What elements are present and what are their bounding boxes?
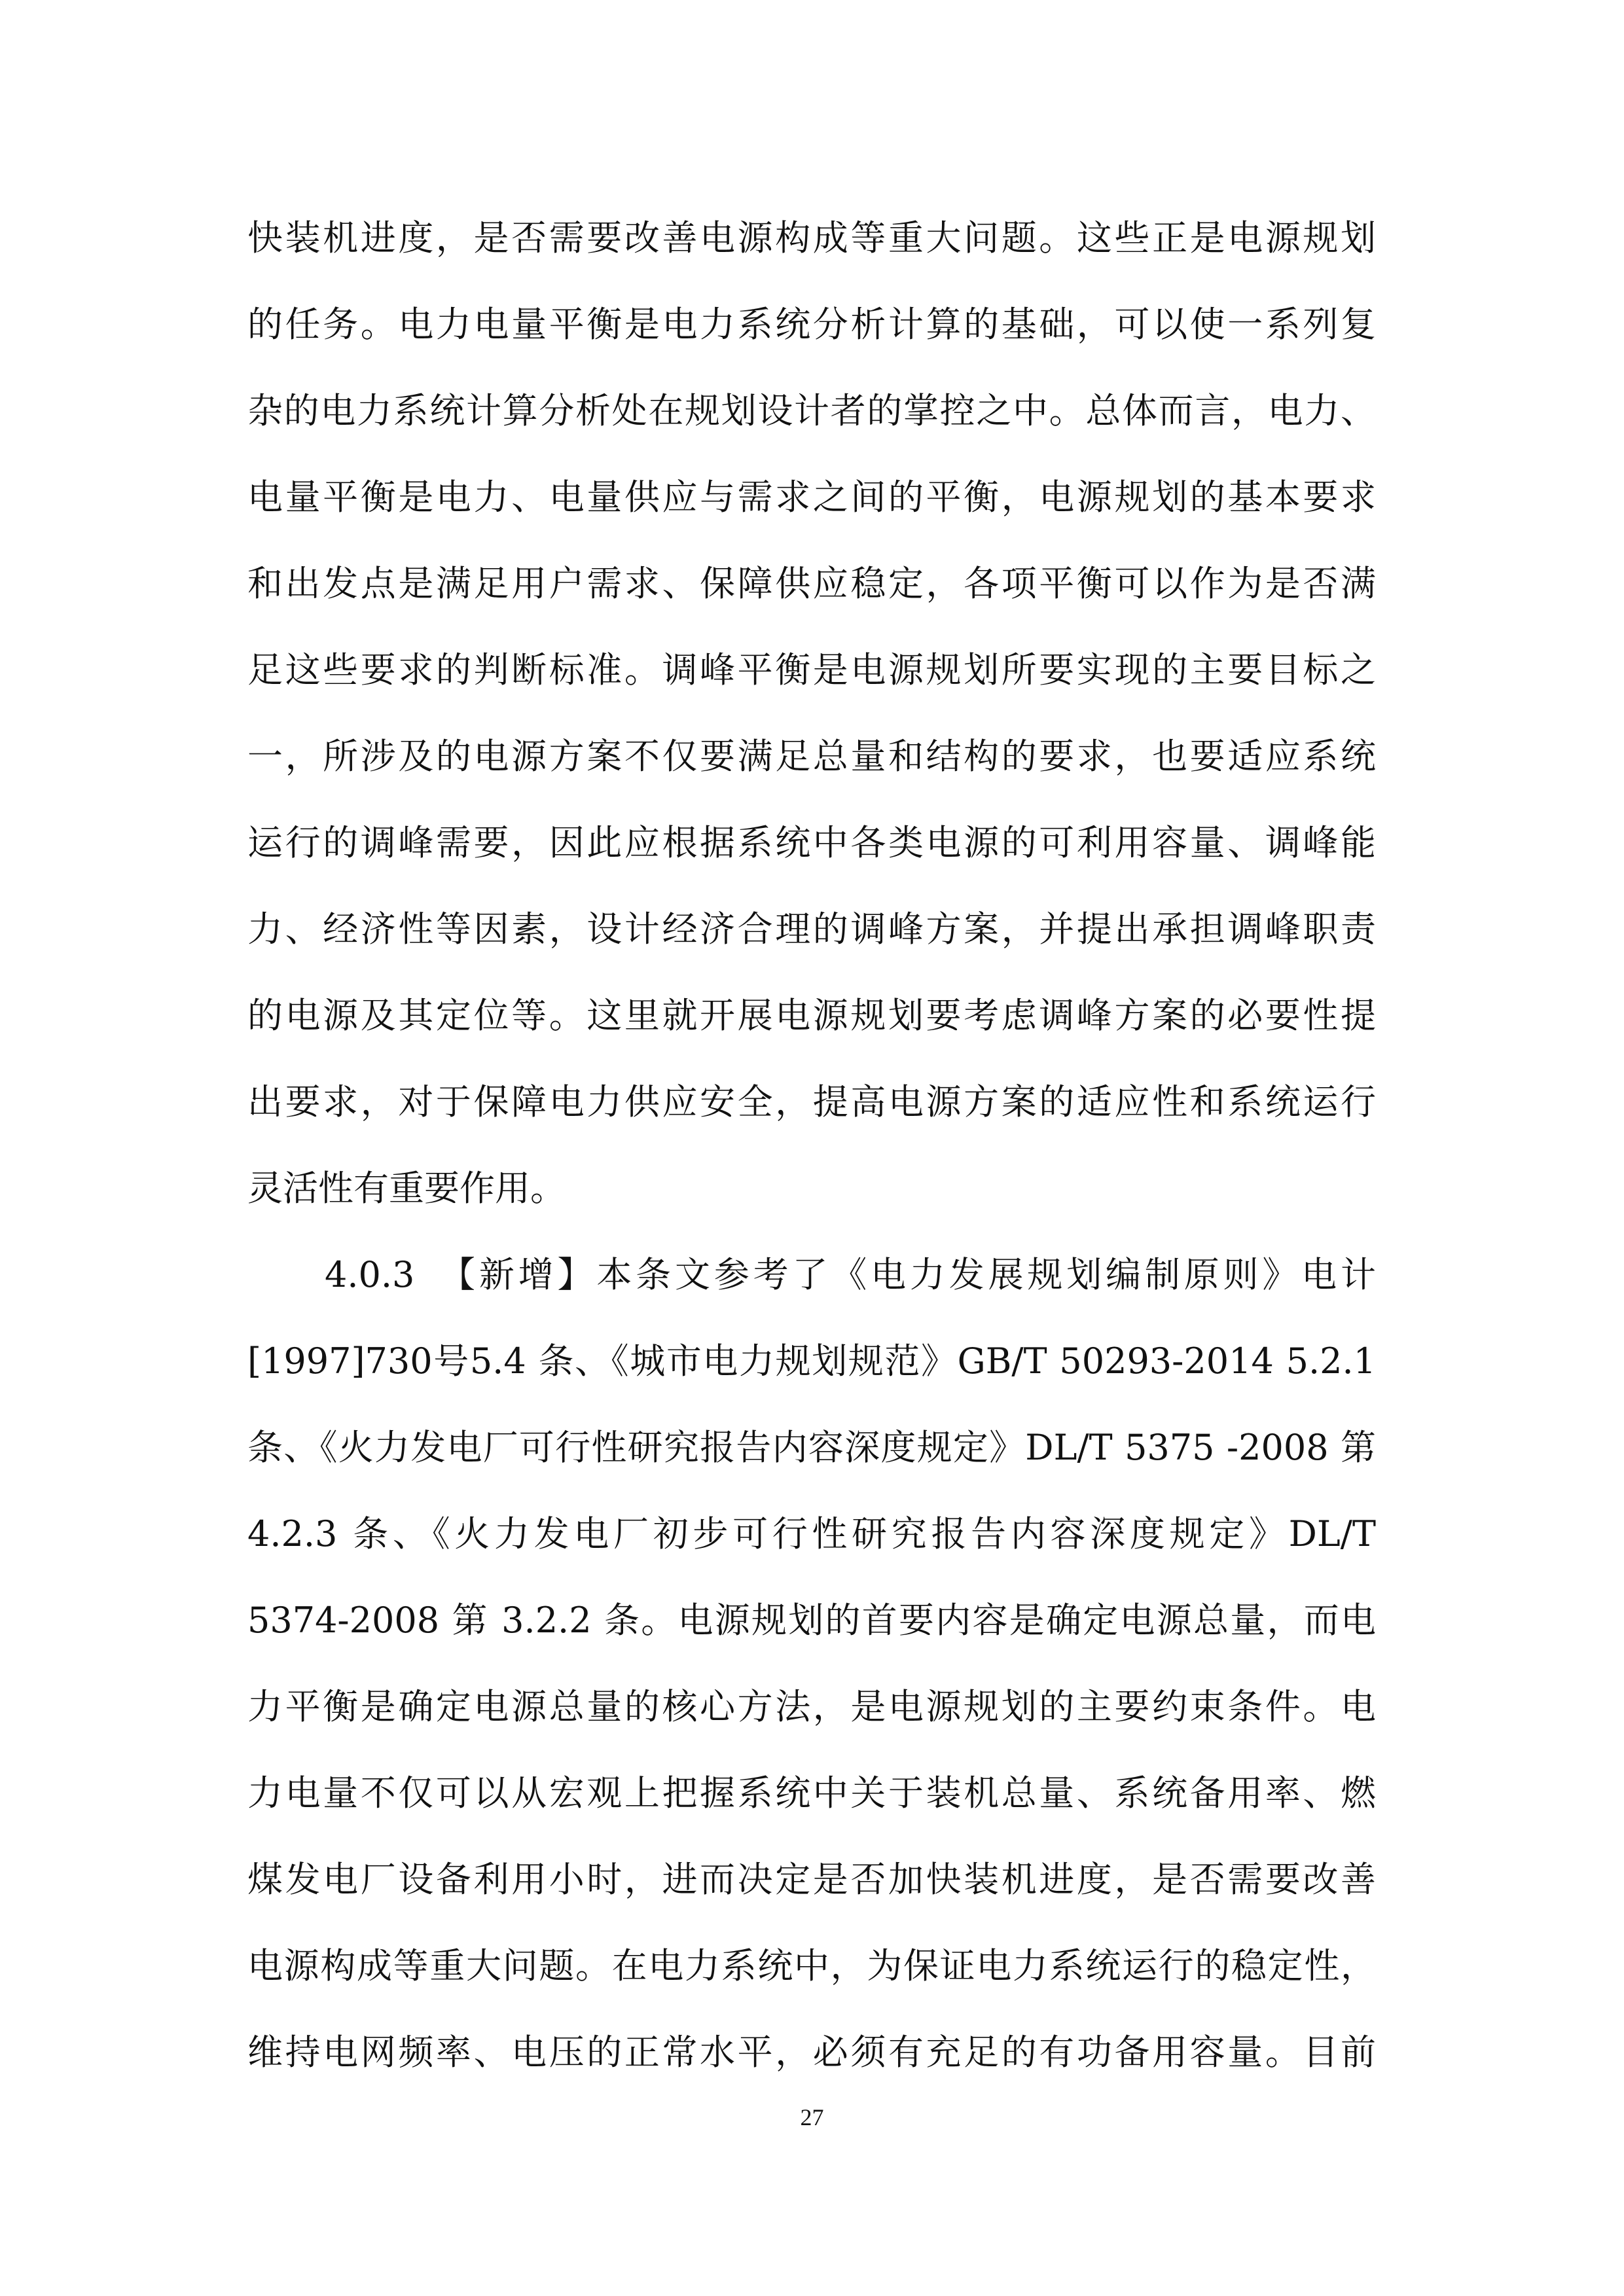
page-number: 27 <box>0 2104 1624 2131</box>
body-text: 快装机进度，是否需要改善电源构成等重大问题。这些正是电源规划 的任务。电力电量平… <box>247 215 1376 2115</box>
text-line: 杂的电力系统计算分析处在规划设计者的掌控之中。总体而言，电力、 <box>247 387 1376 474</box>
text-line: 电源构成等重大问题。在电力系统中，为保证电力系统运行的稳定性， <box>247 1943 1376 2029</box>
text-line: 电量平衡是电力、电量供应与需求之间的平衡，电源规划的基本要求 <box>247 474 1376 560</box>
document-page: 快装机进度，是否需要改善电源构成等重大问题。这些正是电源规划 的任务。电力电量平… <box>0 0 1624 2296</box>
text-line: 和出发点是满足用户需求、保障供应稳定，各项平衡可以作为是否满 <box>247 560 1376 647</box>
clause-4-0-3: 4.0.3 【新增】本条文参考了《电力发展规划编制原则》电计 [1997]730… <box>247 1251 1376 2115</box>
text-line: 的电源及其定位等。这里就开展电源规划要考虑调峰方案的必要性提 <box>247 992 1376 1079</box>
text-line: 条、《火力发电厂可行性研究报告内容深度规定》DL/T 5375 -2008 第 <box>247 1424 1376 1511</box>
text-line: 的任务。电力电量平衡是电力系统分析计算的基础，可以使一系列复 <box>247 301 1376 387</box>
text-line: 足这些要求的判断标准。调峰平衡是电源规划所要实现的主要目标之 <box>247 647 1376 733</box>
text-line: 运行的调峰需要，因此应根据系统中各类电源的可利用容量、调峰能 <box>247 819 1376 906</box>
text-line: 出要求，对于保障电力供应安全，提高电源方案的适应性和系统运行 <box>247 1079 1376 1165</box>
text-line: 力电量不仅可以从宏观上把握系统中关于装机总量、系统备用率、燃 <box>247 1770 1376 1856</box>
text-line: 灵活性有重要作用。 <box>247 1165 1376 1251</box>
text-line: 煤发电厂设备利用小时，进而决定是否加快装机进度，是否需要改善 <box>247 1856 1376 1943</box>
text-line: 维持电网频率、电压的正常水平，必须有充足的有功备用容量。目前 <box>247 2029 1376 2115</box>
text-line: 力平衡是确定电源总量的核心方法，是电源规划的主要约束条件。电 <box>247 1683 1376 1770</box>
text-line: 一，所涉及的电源方案不仅要满足总量和结构的要求，也要适应系统 <box>247 733 1376 819</box>
paragraph-continued: 快装机进度，是否需要改善电源构成等重大问题。这些正是电源规划 的任务。电力电量平… <box>247 215 1376 1251</box>
text-line: 4.2.3 条、《火力发电厂初步可行性研究报告内容深度规定》DL/T <box>247 1511 1376 1597</box>
text-line: 5374-2008 第 3.2.2 条。电源规划的首要内容是确定电源总量，而电 <box>247 1597 1376 1683</box>
text-line: 力、经济性等因素，设计经济合理的调峰方案，并提出承担调峰职责 <box>247 906 1376 992</box>
clause-heading-line: 4.0.3 【新增】本条文参考了《电力发展规划编制原则》电计 <box>247 1251 1376 1338</box>
text-line: [1997]730号5.4 条、《城市电力规划规范》GB/T 50293-201… <box>247 1338 1376 1424</box>
text-line: 快装机进度，是否需要改善电源构成等重大问题。这些正是电源规划 <box>247 215 1376 301</box>
